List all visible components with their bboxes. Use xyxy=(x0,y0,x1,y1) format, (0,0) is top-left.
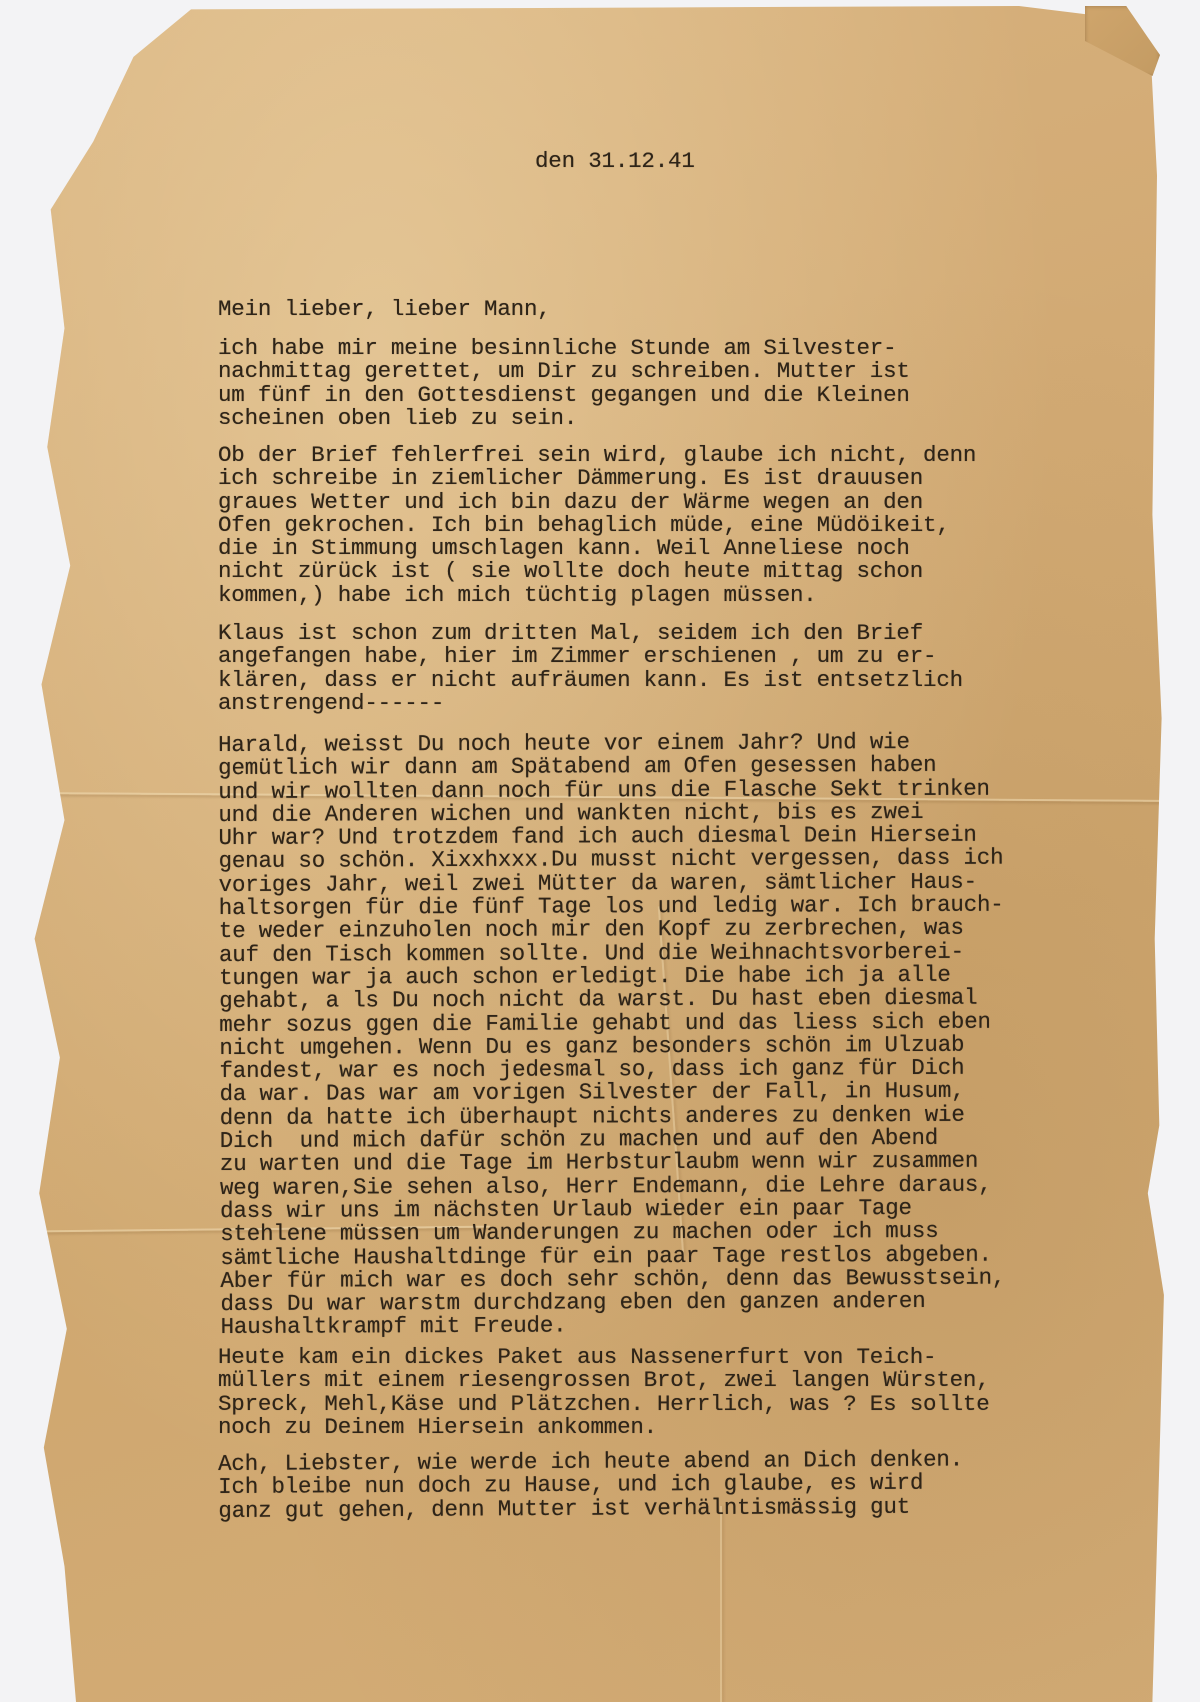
text-line: graues Wetter und ich bin dazu der Wärme… xyxy=(218,491,976,514)
text-line: noch zu Deinem Hiersein ankommen. xyxy=(218,1416,990,1439)
text-line: kommen,) habe ich mich tüchtig plagen mü… xyxy=(218,584,976,607)
letter-paragraph: Heute kam ein dickes Paket aus Nassenerf… xyxy=(218,1346,990,1439)
text-line: nachmittag gerettet, um Dir zu schreiben… xyxy=(218,360,910,383)
text-line: müllers mit einem riesengrossen Brot, zw… xyxy=(218,1369,990,1392)
text-line: dass Du war warstm durchdzang eben den g… xyxy=(220,1290,1005,1317)
text-line: angefangen habe, hier im Zimmer erschien… xyxy=(218,645,963,668)
scan-background: den 31.12.41 Mein lieber, lieber Mann, i… xyxy=(0,0,1200,1702)
text-line: Spreck, Mehl,Käse und Plätzchen. Herrlic… xyxy=(218,1393,990,1416)
text-line: Heute kam ein dickes Paket aus Nassenerf… xyxy=(218,1346,990,1369)
letter-paragraph: Klaus ist schon zum dritten Mal, seidem … xyxy=(218,622,963,715)
text-line: nicht zürück ist ( sie wollte doch heute… xyxy=(218,560,976,583)
text-line: Ofen gekrochen. Ich bin behaglich müde, … xyxy=(218,514,976,537)
text-line: Haushaltkrampf mit Freude. xyxy=(221,1313,1006,1340)
paper-crease xyxy=(720,1506,722,1702)
letter-paragraph: Harald, weisst Du noch heute vor einem J… xyxy=(218,731,1005,1340)
text-line: Ob der Brief fehlerfrei sein wird, glaub… xyxy=(218,444,976,467)
letter-date: den 31.12.41 xyxy=(535,148,695,174)
text-line: anstrengend------ xyxy=(218,692,963,715)
text-line: scheinen oben lieb zu sein. xyxy=(218,407,910,430)
text-line: ich schreibe in ziemlicher Dämmerung. Es… xyxy=(218,467,976,490)
letter-paragraph: Ach, Liebster, wie werde ich heute abend… xyxy=(218,1448,963,1522)
text-line: ganz gut gehen, denn Mutter ist verhälnt… xyxy=(218,1495,963,1523)
text-line: ich habe mir meine besinnliche Stunde am… xyxy=(218,337,910,360)
text-line: klären, dass er nicht aufräumen kann. Es… xyxy=(218,669,963,692)
text-line: Klaus ist schon zum dritten Mal, seidem … xyxy=(218,622,963,645)
text-line: um fünf in den Gottesdienst gegangen und… xyxy=(218,384,910,407)
letter-paragraph: ich habe mir meine besinnliche Stunde am… xyxy=(218,337,910,430)
letter-salutation: Mein lieber, lieber Mann, xyxy=(218,296,551,322)
text-line: die in Stimmung umschlagen kann. Weil An… xyxy=(218,537,976,560)
letter-paragraph: Ob der Brief fehlerfrei sein wird, glaub… xyxy=(218,444,976,607)
